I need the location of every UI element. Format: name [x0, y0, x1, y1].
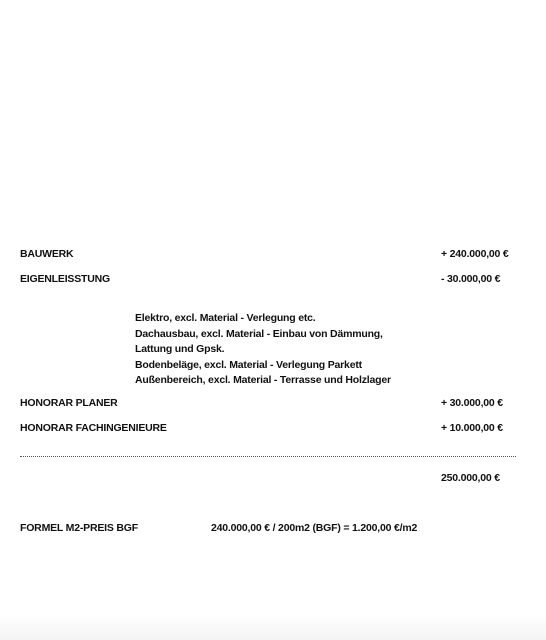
cost-row-honorar-fachingenieure: HONORAR FACHINGENIEURE + 10.000,00 €	[20, 422, 506, 438]
detail-line: Dachausbau, excl. Material - Einbau von …	[135, 327, 391, 343]
detail-line: Elektro, excl. Material - Verlegung etc.	[135, 311, 391, 327]
eigenleistung-details: Elektro, excl. Material - Verlegung etc.…	[135, 311, 391, 389]
cost-amount: + 10.000,00 €	[441, 422, 503, 434]
cost-label: BAUWERK	[20, 248, 73, 260]
formula-row: FORMEL M2-PREIS BGF 240.000,00 € / 200m2…	[20, 522, 520, 538]
formula-expression: 240.000,00 € / 200m2 (BGF) = 1.200,00 €/…	[211, 522, 417, 534]
cost-label: HONORAR PLANER	[20, 397, 118, 409]
formula-label: FORMEL M2-PREIS BGF	[20, 522, 138, 534]
cost-row-eigenleistung: EIGENLEISSTUNG - 30.000,00 €	[20, 273, 506, 289]
total-amount: 250.000,00 €	[441, 472, 500, 484]
cost-amount: + 30.000,00 €	[441, 397, 503, 409]
cost-label: EIGENLEISSTUNG	[20, 273, 110, 285]
sum-divider	[20, 456, 516, 457]
detail-line: Lattung und Gpsk.	[135, 342, 391, 358]
cost-label: HONORAR FACHINGENIEURE	[20, 422, 167, 434]
detail-line: Außenbereich, excl. Material - Terrasse …	[135, 373, 391, 389]
cost-amount: - 30.000,00 €	[441, 273, 500, 285]
detail-line: Bodenbeläge, excl. Material - Verlegung …	[135, 358, 391, 374]
cost-row-bauwerk: BAUWERK + 240.000,00 €	[20, 248, 506, 264]
cost-row-honorar-planer: HONORAR PLANER + 30.000,00 €	[20, 397, 506, 413]
cost-amount: + 240.000,00 €	[441, 248, 509, 260]
